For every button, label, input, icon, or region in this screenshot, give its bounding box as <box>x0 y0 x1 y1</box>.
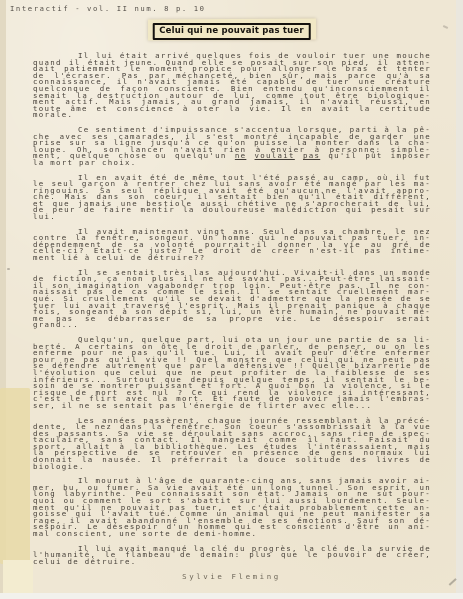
text-line: ser, il ne se sentait pas l'énergie de f… <box>33 403 431 410</box>
text-line: mal conscient, une sorte de demi-homme. <box>33 531 431 538</box>
paragraph: Il en avait été de même tout l'été passé… <box>33 175 431 221</box>
scanned-document-page: Interactif - vol. II num. 8 p. 10 Celui … <box>0 0 463 599</box>
body-text: Il lui était arrivé quelques fois de vou… <box>33 53 431 573</box>
text-line: ment lié à celui de détruire?? <box>33 255 431 262</box>
paragraph: Quelqu'un, quelque part, lui ota un jour… <box>33 337 431 410</box>
page-header: Interactif - vol. II num. 8 p. 10 <box>10 4 206 13</box>
paper-right-edge <box>456 0 463 599</box>
author-signature: Sylvie Fleming <box>0 572 463 581</box>
text-line: de peur de faire mentir la douloureuse m… <box>33 207 431 214</box>
paragraph: Les années passèrent, chaque journée res… <box>33 418 431 471</box>
scan-speck <box>443 25 448 29</box>
paragraph: Il se sentait très las aujourd'hui. Viva… <box>33 270 431 329</box>
paragraph: Il lui était arrivé quelques fois de vou… <box>33 53 431 119</box>
paragraph: Il mourut à l'âge de quarante-cinq ans, … <box>33 478 431 537</box>
paragraph: Il avait maintenant vingt ans. Seul dans… <box>33 229 431 262</box>
text-line: lui. <box>33 214 431 221</box>
text-line: biologie. <box>33 464 431 471</box>
text-line: morale. <box>33 112 431 119</box>
paragraph: Il lui avait manqué la clé du progrès, l… <box>33 546 431 566</box>
text-line: la mort par choix. <box>33 160 431 167</box>
page-title: Celui qui ne pouvait pas tuer <box>152 23 311 40</box>
text-line: grand... <box>33 322 431 329</box>
paragraph: Ce sentiment d'impuissance s'accentua lo… <box>33 127 431 167</box>
text-line: donnait la nausée. Il préferrait la douc… <box>33 457 431 464</box>
text-line: toute âme et conscience à oter la vie. I… <box>33 106 431 113</box>
paper-bottom-edge <box>0 593 463 599</box>
text-line: celui de détruire. <box>33 559 431 566</box>
text-line: me pas se débarrasser de sa propre vie. … <box>33 316 431 323</box>
scan-speck <box>7 268 10 270</box>
paper-tape-stain <box>0 388 30 564</box>
